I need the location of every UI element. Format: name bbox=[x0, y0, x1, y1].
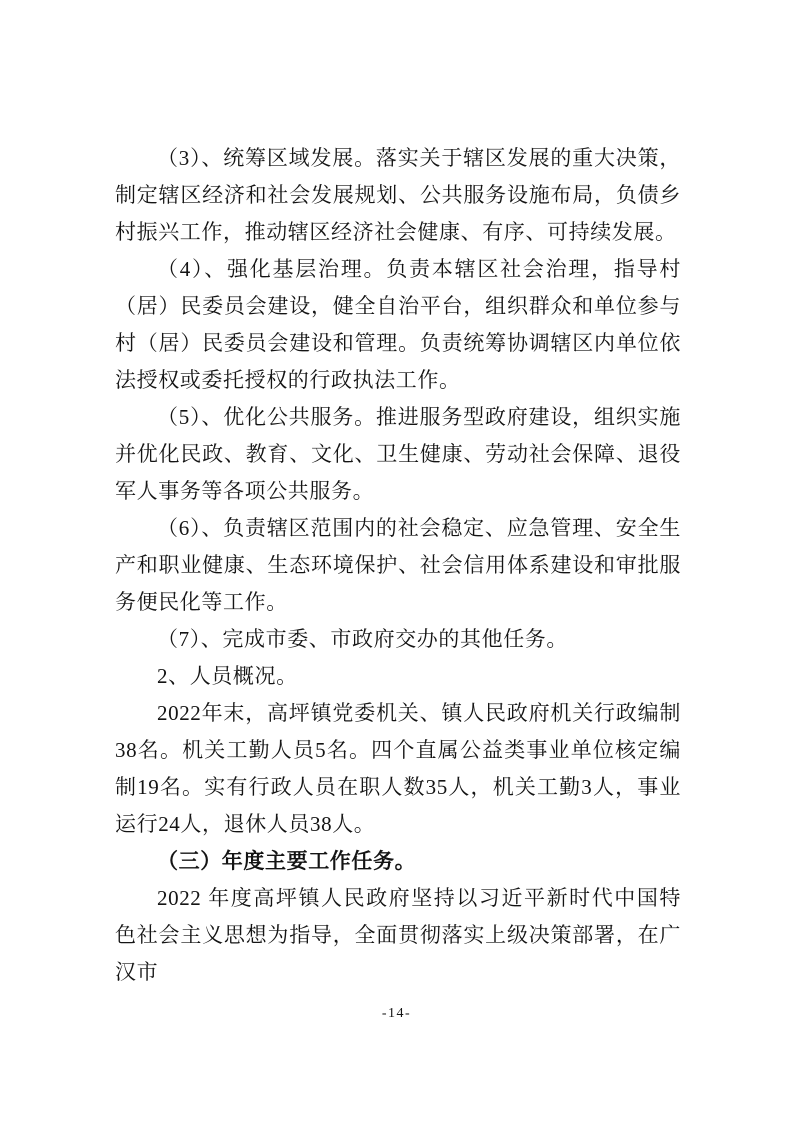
paragraph-section-heading-annual-tasks: （三）年度主要工作任务。 bbox=[115, 843, 681, 880]
document-page: （3）、统筹区域发展。落实关于辖区发展的重大决策，制定辖区经济和社会发展规划、公… bbox=[0, 0, 793, 1122]
page-number: -14- bbox=[0, 1006, 793, 1022]
document-body: （3）、统筹区域发展。落实关于辖区发展的重大决策，制定辖区经济和社会发展规划、公… bbox=[115, 140, 681, 991]
paragraph-duty-3: （3）、统筹区域发展。落实关于辖区发展的重大决策，制定辖区经济和社会发展规划、公… bbox=[115, 140, 681, 251]
paragraph-annual-tasks-intro: 2022 年度高坪镇人民政府坚持以习近平新时代中国特色社会主义思想为指导，全面贯… bbox=[115, 880, 681, 991]
paragraph-duty-7: （7）、完成市委、市政府交办的其他任务。 bbox=[115, 621, 681, 658]
paragraph-personnel-overview: 2022年末，高坪镇党委机关、镇人民政府机关行政编制38名。机关工勤人员5名。四… bbox=[115, 695, 681, 843]
paragraph-duty-4: （4）、强化基层治理。负责本辖区社会治理，指导村（居）民委员会建设，健全自治平台… bbox=[115, 251, 681, 399]
paragraph-personnel-heading: 2、人员概况。 bbox=[115, 658, 681, 695]
paragraph-duty-6: （6）、负责辖区范围内的社会稳定、应急管理、安全生产和职业健康、生态环境保护、社… bbox=[115, 510, 681, 621]
paragraph-duty-5: （5）、优化公共服务。推进服务型政府建设，组织实施并优化民政、教育、文化、卫生健… bbox=[115, 399, 681, 510]
